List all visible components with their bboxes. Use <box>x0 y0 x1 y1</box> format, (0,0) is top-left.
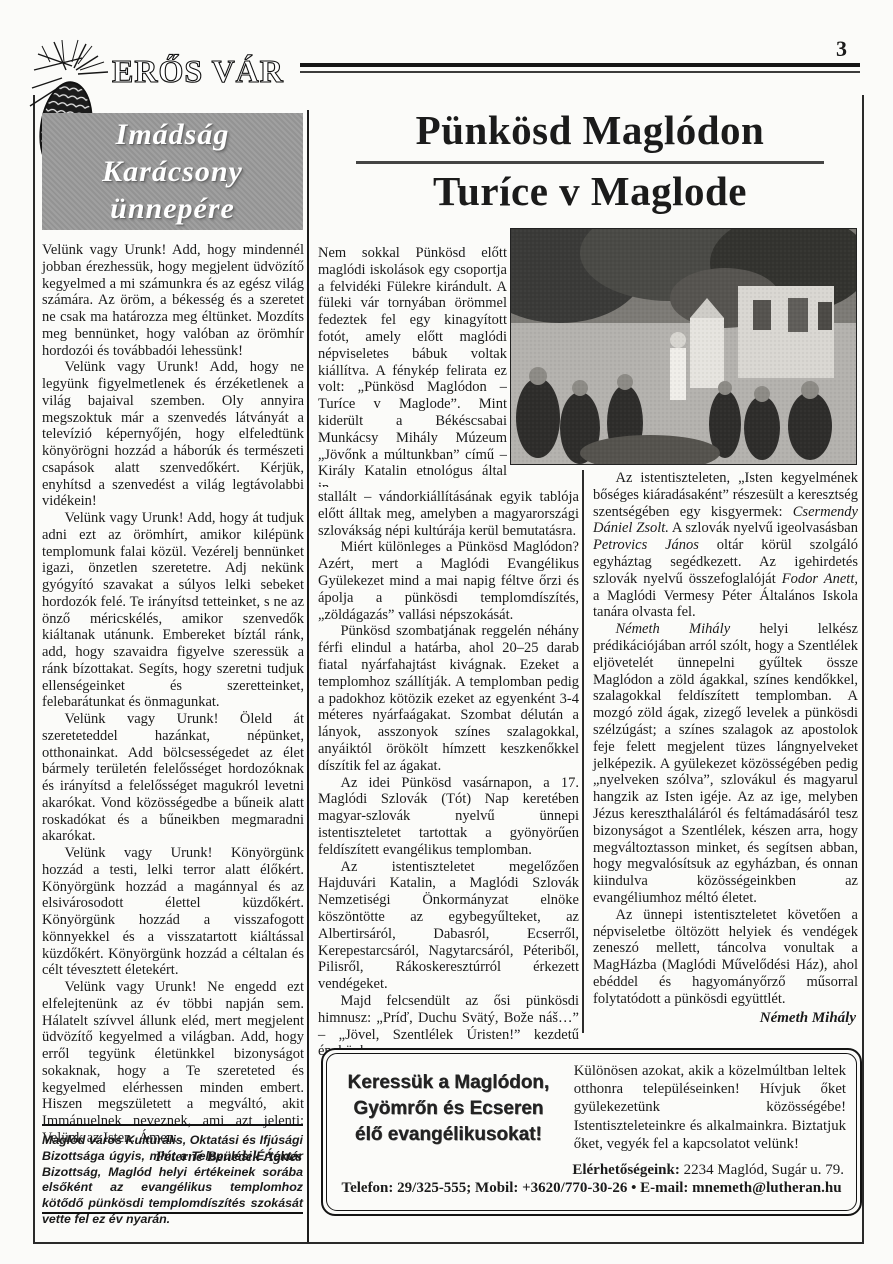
article-intro-column: Nem sokkal Pünkösd előtt maglódi iskolás… <box>318 245 507 487</box>
prayer-paragraph: Velünk vagy Urunk! Add, hogy át tudjuk a… <box>42 510 304 711</box>
outreach-headline-line: Gyömrőn és Ecseren <box>337 1096 560 1122</box>
prayer-paragraph: Velünk vagy Urunk! Könyörgünk hozzád a t… <box>42 845 304 979</box>
article-title-rule <box>356 161 824 164</box>
article-paragraph: Németh Mihály helyi lelkész prédikációjá… <box>593 621 858 907</box>
prayer-paragraph: Velünk vagy Urunk! Ne engedd ezt elfelej… <box>42 979 304 1147</box>
article-paragraph: Pünkösd szombatjának reggelén néhány fér… <box>318 623 579 774</box>
article-paragraph: Az idei Pünkösd vasárnapon, a 17. Maglód… <box>318 775 579 859</box>
brand-text: ERŐS VÁR <box>112 53 284 89</box>
outreach-headline-line: élő evangélikusokat! <box>337 1122 560 1148</box>
column-divider-right <box>582 470 584 1033</box>
article-paragraph: stallált – vándorkiállításának egyik tab… <box>318 489 579 539</box>
outreach-headline-line: Keressük a Maglódon, <box>337 1070 560 1096</box>
prayer-paragraph: Velünk vagy Urunk! Add, hogy mindennél j… <box>42 242 304 359</box>
article-right-column: Az istentiszteleten, „Isten kegyelmének … <box>593 470 858 1026</box>
outreach-box: Keressük a Maglódon, Gyömrőn és Ecseren … <box>321 1048 862 1216</box>
article-paragraph: Az istentiszteleten, „Isten kegyelmének … <box>593 470 858 621</box>
footer-note-rule-bottom <box>42 1212 303 1214</box>
article-paragraph: Az istentiszteletet megelőzően Hajduvári… <box>318 859 579 993</box>
footer-note-rule-top <box>42 1124 303 1126</box>
masthead-brand: ERŐS VÁR <box>112 50 298 97</box>
article-middle-column: stallált – vándorkiállításának egyik tab… <box>318 489 579 1060</box>
contact-address-line: Elérhetőségeink: 2234 Maglód, Sugár u. 7… <box>337 1162 846 1179</box>
article-paragraph: Nem sokkal Pünkösd előtt maglódi iskolás… <box>318 245 507 487</box>
header-rule-thin <box>300 71 860 73</box>
prayer-title-line: Imádság <box>116 116 230 153</box>
contact-phone-email-line: Telefon: 29/325-555; Mobil: +3620/770-30… <box>337 1180 846 1197</box>
column-divider-left <box>307 110 309 1242</box>
outreach-body: Különösen azokat, akik a közelmúltban le… <box>574 1062 846 1153</box>
prayer-title-line: ünnepére <box>110 190 235 227</box>
header-rule-thick <box>300 63 860 67</box>
article-author-signature: Németh Mihály <box>593 1010 856 1027</box>
article-title-hungarian: Pünkösd Maglódon <box>318 106 862 154</box>
page-number: 3 <box>836 36 847 62</box>
prayer-paragraph: Velünk vagy Urunk! Öleld át szeretetedde… <box>42 711 304 845</box>
article-paragraph: Miért különleges a Pünkösd Maglódon? Azé… <box>318 539 579 623</box>
prayer-title-box: Imádság Karácsony ünnepére <box>42 113 303 230</box>
outreach-headline: Keressük a Maglódon, Gyömrőn és Ecseren … <box>337 1062 560 1153</box>
prayer-body: Velünk vagy Urunk! Add, hogy mindennél j… <box>42 242 304 1165</box>
prayer-title-line: Karácsony <box>102 153 243 190</box>
article-photo <box>510 228 857 465</box>
article-title-slovak: Turíce v Maglode <box>318 167 862 215</box>
article-paragraph: Az ünnepi istentiszteletet követően a né… <box>593 907 858 1008</box>
prayer-paragraph: Velünk vagy Urunk! Add, hogy ne legyünk … <box>42 359 304 510</box>
